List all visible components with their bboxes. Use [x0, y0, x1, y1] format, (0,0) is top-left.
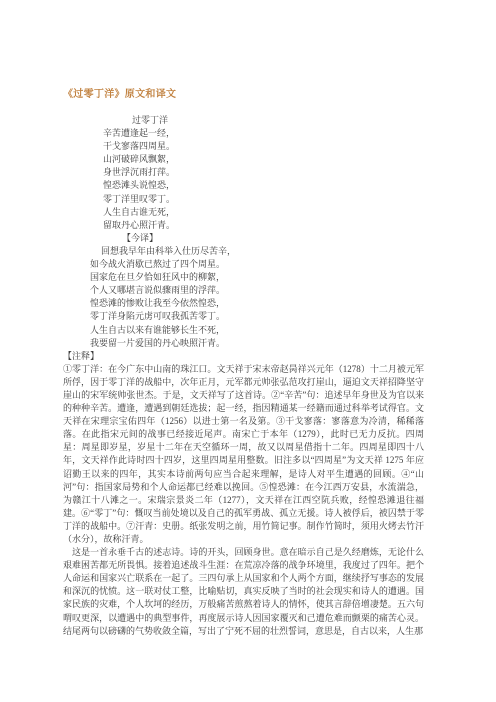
poem-title: 过零丁洋: [132, 114, 424, 127]
notes-section: 【注释】 ①零丁洋：在今广东中山南的珠江口。文天祥于宋末帝赵昺祥兴元年（1278…: [63, 350, 424, 546]
translation-line: 人生自古以来有谁能够长生不死，: [90, 324, 424, 337]
translation-line: 如今战火消歇已熬过了四个周星。: [90, 258, 424, 271]
notes-header: 【注释】: [63, 350, 424, 363]
translation-section: 【今译】 回想我早年由科举入仕历尽苦辛， 如今战火消歇已熬过了四个周星。 国家危…: [63, 232, 424, 350]
translation-line: 个人又哪堪言说似骤雨里的浮萍。: [90, 284, 424, 297]
poem-section: 过零丁洋 辛苦遭逢起一经， 干戈寥落四周星。 山河破碎风飘絮， 身世浮沉雨打萍。…: [63, 114, 424, 232]
notes-body: ①零丁洋：在今广东中山南的珠江口。文天祥于宋末帝赵昺祥兴元年（1278）十二月被…: [63, 363, 424, 546]
translation-line: 我要留一片爱国的丹心映照汗青。: [90, 337, 424, 350]
translation-line: 回想我早年由科举入仕历尽苦辛，: [101, 245, 424, 258]
poem-line: 山河破碎风飘絮，: [103, 153, 424, 166]
translation-line: 零丁洋身陷元虏可叹我孤苦零丁。: [90, 310, 424, 323]
document-content: 《过零丁洋》原文和译文 过零丁洋 辛苦遭逢起一经， 干戈寥落四周星。 山河破碎风…: [63, 88, 424, 638]
page-title: 《过零丁洋》原文和译文: [63, 88, 424, 102]
document-page: 《过零丁洋》原文和译文 过零丁洋 辛苦遭逢起一经， 干戈寥落四周星。 山河破碎风…: [0, 0, 496, 702]
poem-line: 干戈寥落四周星。: [103, 140, 424, 153]
poem-line: 惶恐滩头说惶恐，: [103, 179, 424, 192]
poem-line: 身世浮沉雨打萍。: [103, 166, 424, 179]
poem-line: 辛苦遭逢起一经，: [103, 127, 424, 140]
poem-line: 人生自古谁无死，: [103, 206, 424, 219]
translation-line: 国家危在旦夕恰如狂风中的柳絮，: [90, 271, 424, 284]
commentary-paragraph: 这是一首永垂千古的述志诗。诗的开头，回顾身世。意在暗示自己是久经磨炼，无论什么艰…: [63, 546, 424, 638]
poem-line: 零丁洋里叹零丁。: [103, 193, 424, 206]
poem-line: 留取丹心照汗青。: [103, 219, 424, 232]
translation-line: 惶恐滩的惨败让我至今依然惶恐，: [90, 297, 424, 310]
translation-header: 【今译】: [122, 232, 424, 245]
